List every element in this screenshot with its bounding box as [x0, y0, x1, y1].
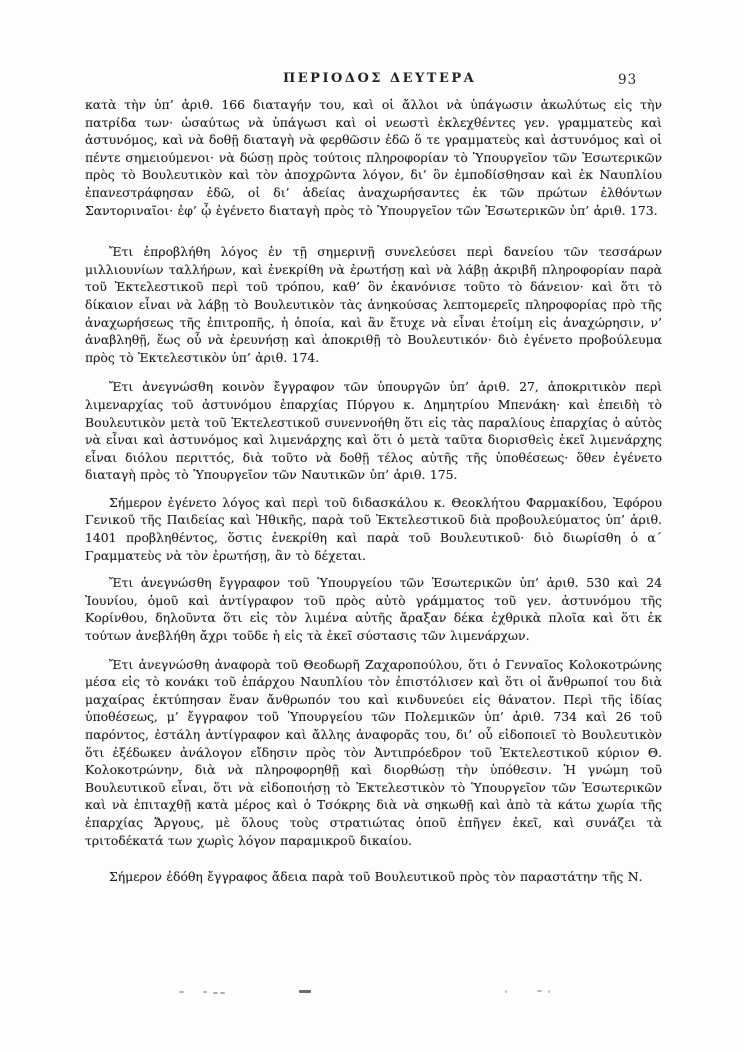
running-head: ΠΕΡΙΟΔΟΣ ΔΕΥΤΕΡΑ 93 [85, 71, 662, 89]
scan-artifact [505, 990, 507, 993]
scan-artifact [213, 992, 218, 994]
scan-artifact [537, 990, 542, 992]
paragraph: Ἔτι ἀνεγνώσθη ἀναφορὰ τοῦ Θεοδωρῆ Ζαχαρο… [85, 656, 662, 850]
body-text-block: κατὰ τὴν ὑπ’ ἀριθ. 166 διαταγήν του, καὶ… [85, 96, 662, 886]
paragraph: Ἔτι ἀνεγνώσθη ἔγγραφον τοῦ Ὑπουργείου τῶ… [85, 574, 662, 644]
paragraph: κατὰ τὴν ὑπ’ ἀριθ. 166 διαταγήν του, καὶ… [85, 96, 662, 219]
scan-artifact [220, 992, 225, 994]
scanned-book-page: ΠΕΡΙΟΔΟΣ ΔΕΥΤΕΡΑ 93 κατὰ τὴν ὑπ’ ἀριθ. 1… [0, 0, 744, 1052]
scan-artifact [179, 991, 184, 993]
paragraph: Ἔτι ἀνεγνώσθη κοινὸν ἔγγραφον τῶν ὑπουργ… [85, 378, 662, 484]
paragraph: Σήμερον ἐδόθη ἔγγραφος ἄδεια παρὰ τοῦ Βο… [85, 868, 662, 886]
scan-artifact [203, 991, 207, 993]
paragraph: Ἔτι ἐπροβλήθη λόγος ἐν τῇ σημερινῇ συνελ… [85, 243, 662, 366]
section-title: ΠΕΡΙΟΔΟΣ ΔΕΥΤΕΡΑ [283, 71, 476, 86]
page-number: 93 [618, 72, 637, 88]
scan-artifact [548, 990, 550, 993]
paragraph: Σήμερον ἐγένετο λόγος καὶ περὶ τοῦ διδασ… [85, 494, 662, 564]
scan-artifact [299, 990, 311, 993]
